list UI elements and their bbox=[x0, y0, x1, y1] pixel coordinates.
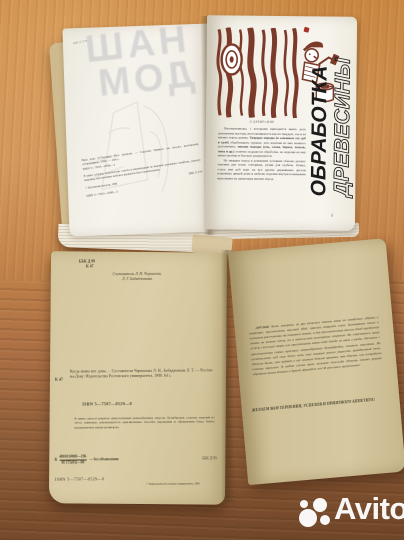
paragraph-2: Из твердых пород в домашних условиях обы… bbox=[217, 158, 305, 182]
paragraph-1: Пиломатериалы, с которыми приходится име… bbox=[218, 126, 306, 159]
avito-circle-bottom-right bbox=[320, 515, 330, 525]
avito-wordmark: Avito bbox=[334, 491, 404, 527]
chapter-title-line1: ОБРАБОТКА bbox=[307, 24, 332, 196]
section-heading: О ДРЕВЕСИНЕ bbox=[216, 119, 308, 124]
chapter-title-line2: ДРЕВЕСИНЫ bbox=[330, 25, 355, 197]
bbk-line: ББК 37.279 bbox=[189, 171, 203, 176]
copyright-line: © Коллектив авторов, 1990 bbox=[85, 183, 117, 190]
chapter-title-rotated: ОБРАБОТКА ДРЕВЕСИНЫ bbox=[307, 24, 355, 196]
page-number: 5 bbox=[331, 213, 333, 218]
bottom-book-right-page: ДРУЗЬЯ! Всем, наверное, не раз хотелось … bbox=[228, 238, 404, 485]
publisher-copyright: © Издательство Ростовского университета,… bbox=[137, 482, 209, 486]
avito-circle-top-right bbox=[313, 498, 327, 512]
isbn-line: ISBN 5—7507—0529—0 bbox=[82, 401, 132, 406]
catalog-fraction: 4001010000—196 М 175(03)—90 bbox=[59, 454, 86, 464]
avito-logo-icon bbox=[288, 490, 332, 530]
bibliographic-entry: Когда мамы нет дома…: Составители Чернил… bbox=[70, 368, 213, 380]
top-book-right-page: ОБРАБОТКА ДРЕВЕСИНЫ О ДРЕВЕСИНЕ Пиломате… bbox=[205, 15, 357, 231]
catalog-index: К 47 bbox=[55, 377, 63, 382]
avito-watermark: Avito bbox=[288, 490, 404, 536]
photo-open-books-on-wooden-table: НАШ ДОМ ББК 37.279 Наш дом: [Сборник]. К… bbox=[0, 0, 404, 540]
annotation-text: В книге даются рецепты приготовления раз… bbox=[74, 415, 214, 429]
avito-circle-small bbox=[300, 500, 308, 508]
bbk-code-block: ББК Д 99 К 47 bbox=[79, 259, 95, 269]
foreword-text: ДРУЗЬЯ! Всем, наверное, не раз хотелось … bbox=[249, 315, 383, 377]
top-book-left-page: НАШ ДОМ ББК 37.279 Наш дом: [Сборник]. К… bbox=[62, 24, 215, 237]
print-code-row: К 4001010000—196 М 175(03)—90 — без объя… bbox=[55, 453, 223, 464]
body-text: Пиломатериалы, с которыми приходится име… bbox=[217, 126, 306, 181]
closing-wish: ЖЕЛАЕМ ВАМ ТЕРПЕНИЯ, УСПЕХОВ И ПРИЯТНОГО… bbox=[252, 397, 384, 414]
compilers-line: Составители Л. Н. Чернилова, Л. Г. Бабад… bbox=[49, 271, 225, 283]
isbn-line-bottom: ISBN 5—7507—0529—0 bbox=[55, 476, 105, 481]
bottom-book-left-page: ББК Д 99 К 47 Составители Л. Н. Чернилов… bbox=[49, 251, 227, 505]
avito-circle-large bbox=[299, 509, 317, 527]
